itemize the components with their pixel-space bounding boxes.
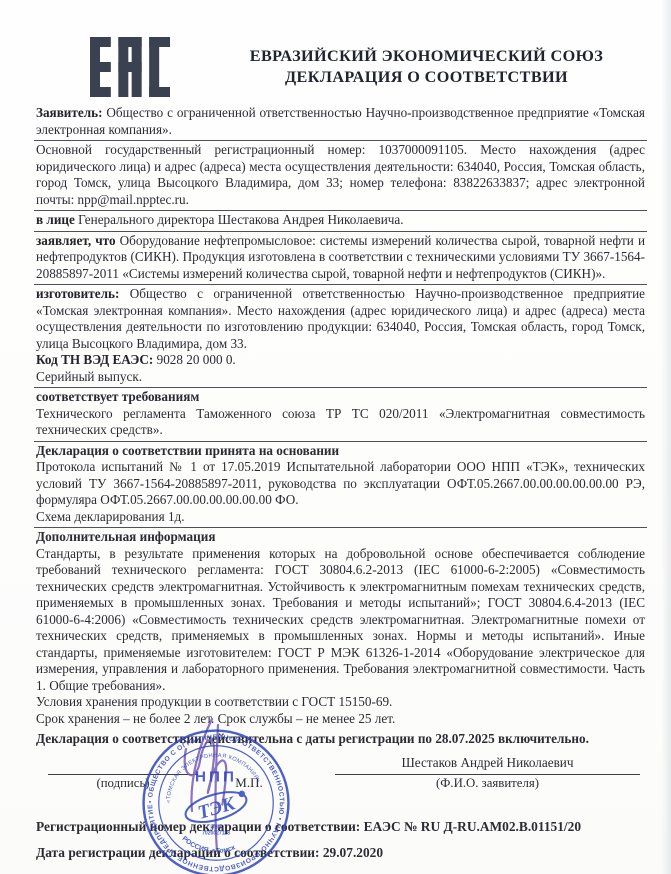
basis-section: Декларация о соответствии принята на осн… [34,442,647,529]
declaration-document: ЕВРАЗИЙСКИЙ ЭКОНОМИЧЕСКИЙ СОЮЗ ДЕКЛАРАЦИ… [0,0,671,874]
registration-footer: Регистрационный номер декларации о соотв… [34,819,647,862]
additional-info-section: Дополнительная информация Стандарты, в р… [34,528,647,729]
basis-heading: Декларация о соответствии принята на осн… [36,443,645,460]
document-titles: ЕВРАЗИЙСКИЙ ЭКОНОМИЧЕСКИЙ СОЮЗ ДЕКЛАРАЦИ… [170,46,653,88]
document-header: ЕВРАЗИЙСКИЙ ЭКОНОМИЧЕСКИЙ СОЮЗ ДЕКЛАРАЦИ… [0,0,671,102]
manufacturer-section: изготовитель: Общество с ограниченной от… [34,285,647,388]
document-body: Заявитель: Общество с ограниченной ответ… [34,104,647,862]
basis-text: Протокола испытаний № 1 от 17.05.2019 Ис… [36,459,645,509]
tnved-value: 9028 20 000 0. [157,352,236,367]
compliance-heading: соответствует требованиям [36,389,645,406]
document-title: ДЕКЛАРАЦИЯ О СООТВЕТСТВИИ [200,67,653,88]
ogrn-section: Основной государственный регистрационный… [34,141,647,211]
compliance-text: Технического регламента Таможенного союз… [36,406,645,439]
registration-date: Дата регистрации декларации о соответств… [36,845,647,862]
scheme-text: Схема декларирования 1д. [36,509,645,526]
tnved-label: Код ТН ВЭД ЕАЭС: [36,352,157,367]
additional-heading: Дополнительная информация [36,529,645,546]
in-person-paragraph: в лице Генерального директора Шестакова … [36,212,645,229]
applicant-label: Заявитель: [36,105,106,120]
declares-label: заявляет, что [36,233,120,248]
eac-mark-icon [90,36,170,98]
manufacturer-label: изготовитель: [36,286,130,301]
stamp-npp-text: НПП [195,768,237,785]
compliance-section: соответствует требованиям Технического р… [34,388,647,442]
in-person-value: Генерального директора Шестакова Андрея … [78,212,403,227]
company-round-stamp: • ОБЩЕСТВО С ОГРАНИЧЕННОЙ ОТВЕТСТВЕННОСТ… [140,727,292,874]
applicant-section: Заявитель: Общество с ограниченной ответ… [34,104,647,141]
additional-text: Стандарты, в результате применения котор… [36,546,645,695]
applicant-name-caption: (Ф.И.О. заявителя) [335,775,640,791]
stamp-country-text: РОССИЯ, г.Томск [180,835,236,855]
in-person-section: в лице Генерального директора Шестакова … [34,211,647,232]
applicant-paragraph: Заявитель: Общество с ограниченной ответ… [36,105,645,138]
stamp-inn-value: 7020027118 [202,830,230,836]
registration-number: Регистрационный номер декларации о соотв… [36,819,647,836]
validity-section: Декларация о соответствии действительна … [34,729,647,749]
tnved-paragraph: Код ТН ВЭД ЕАЭС: 9028 20 000 0. [36,352,645,369]
signature-area: (подпись) М.П. Шестаков Андрей Николаеви… [34,753,647,809]
declares-value: Оборудование нефтепромысловое: системы и… [36,233,645,281]
storage-text: Условия хранения продукции в соответстви… [36,694,645,711]
validity-text: Декларация о соответствии действительна … [36,731,645,748]
union-title: ЕВРАЗИЙСКИЙ ЭКОНОМИЧЕСКИЙ СОЮЗ [200,46,653,67]
declaration-subject-section: заявляет, что Оборудование нефтепромысло… [34,232,647,286]
applicant-name-field: Шестаков Андрей Николаевич (Ф.И.О. заяви… [335,753,640,791]
in-person-label: в лице [36,212,78,227]
applicant-value: Общество с ограниченной ответственностью… [36,105,645,137]
serial-paragraph: Серийный выпуск. [36,369,645,386]
shelf-life-text: Срок хранения – не более 2 лет. Срок слу… [36,711,645,728]
svg-text:РОССИЯ, г.Томск: РОССИЯ, г.Томск [180,835,236,855]
declares-paragraph: заявляет, что Оборудование нефтепромысло… [36,233,645,283]
applicant-name: Шестаков Андрей Николаевич [335,753,640,774]
manufacturer-paragraph: изготовитель: Общество с ограниченной от… [36,286,645,352]
ogrn-paragraph: Основной государственный регистрационный… [36,142,645,208]
